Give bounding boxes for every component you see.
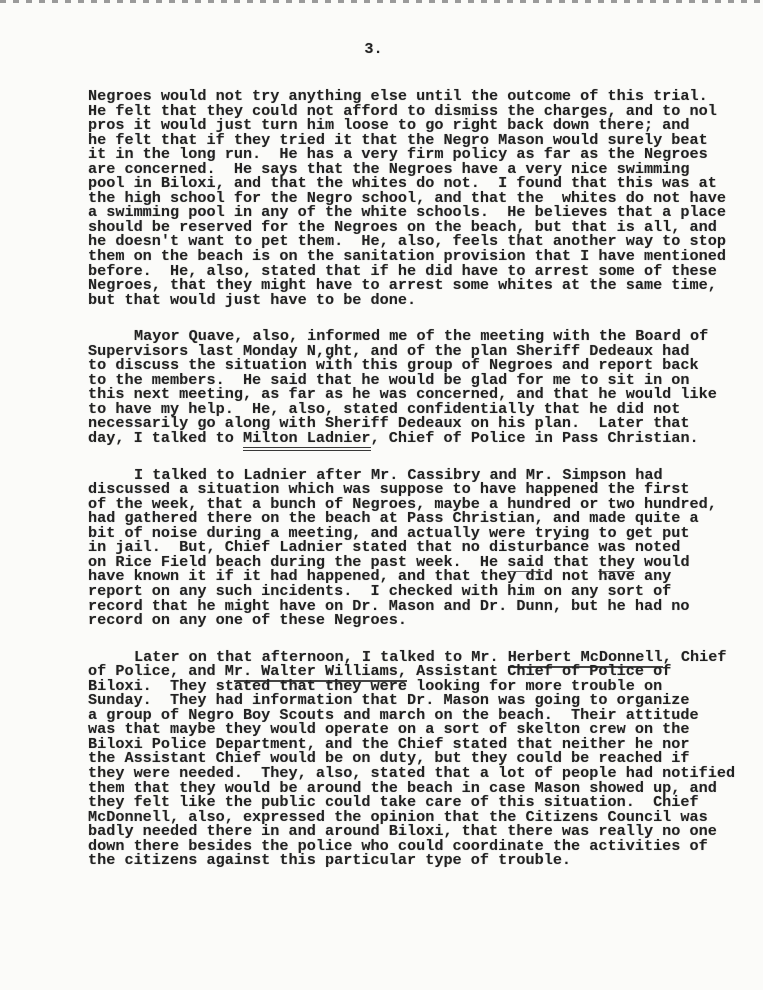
text-line: record on any one of these Negroes.	[88, 613, 748, 628]
paragraph: Negroes would not try anything else unti…	[88, 89, 748, 307]
paragraph: I talked to Ladnier after Mr. Cassibry a…	[88, 468, 748, 628]
text-line: but that would just have to be done.	[88, 293, 748, 308]
document-page: 3. Negroes would not try anything else u…	[0, 0, 763, 990]
perforation-line	[0, 0, 763, 3]
page-number: 3.	[0, 40, 755, 58]
text-line: day, I talked to Milton Ladnier, Chief o…	[88, 431, 748, 446]
paragraph: Later on that afternoon, I talked to Mr.…	[88, 650, 748, 868]
underlined-text: Milton Ladnier	[243, 429, 371, 451]
document-body: Negroes would not try anything else unti…	[88, 89, 748, 890]
text-line: the citizens against this particular typ…	[88, 853, 748, 868]
paragraph: Mayor Quave, also, informed me of the me…	[88, 329, 748, 445]
